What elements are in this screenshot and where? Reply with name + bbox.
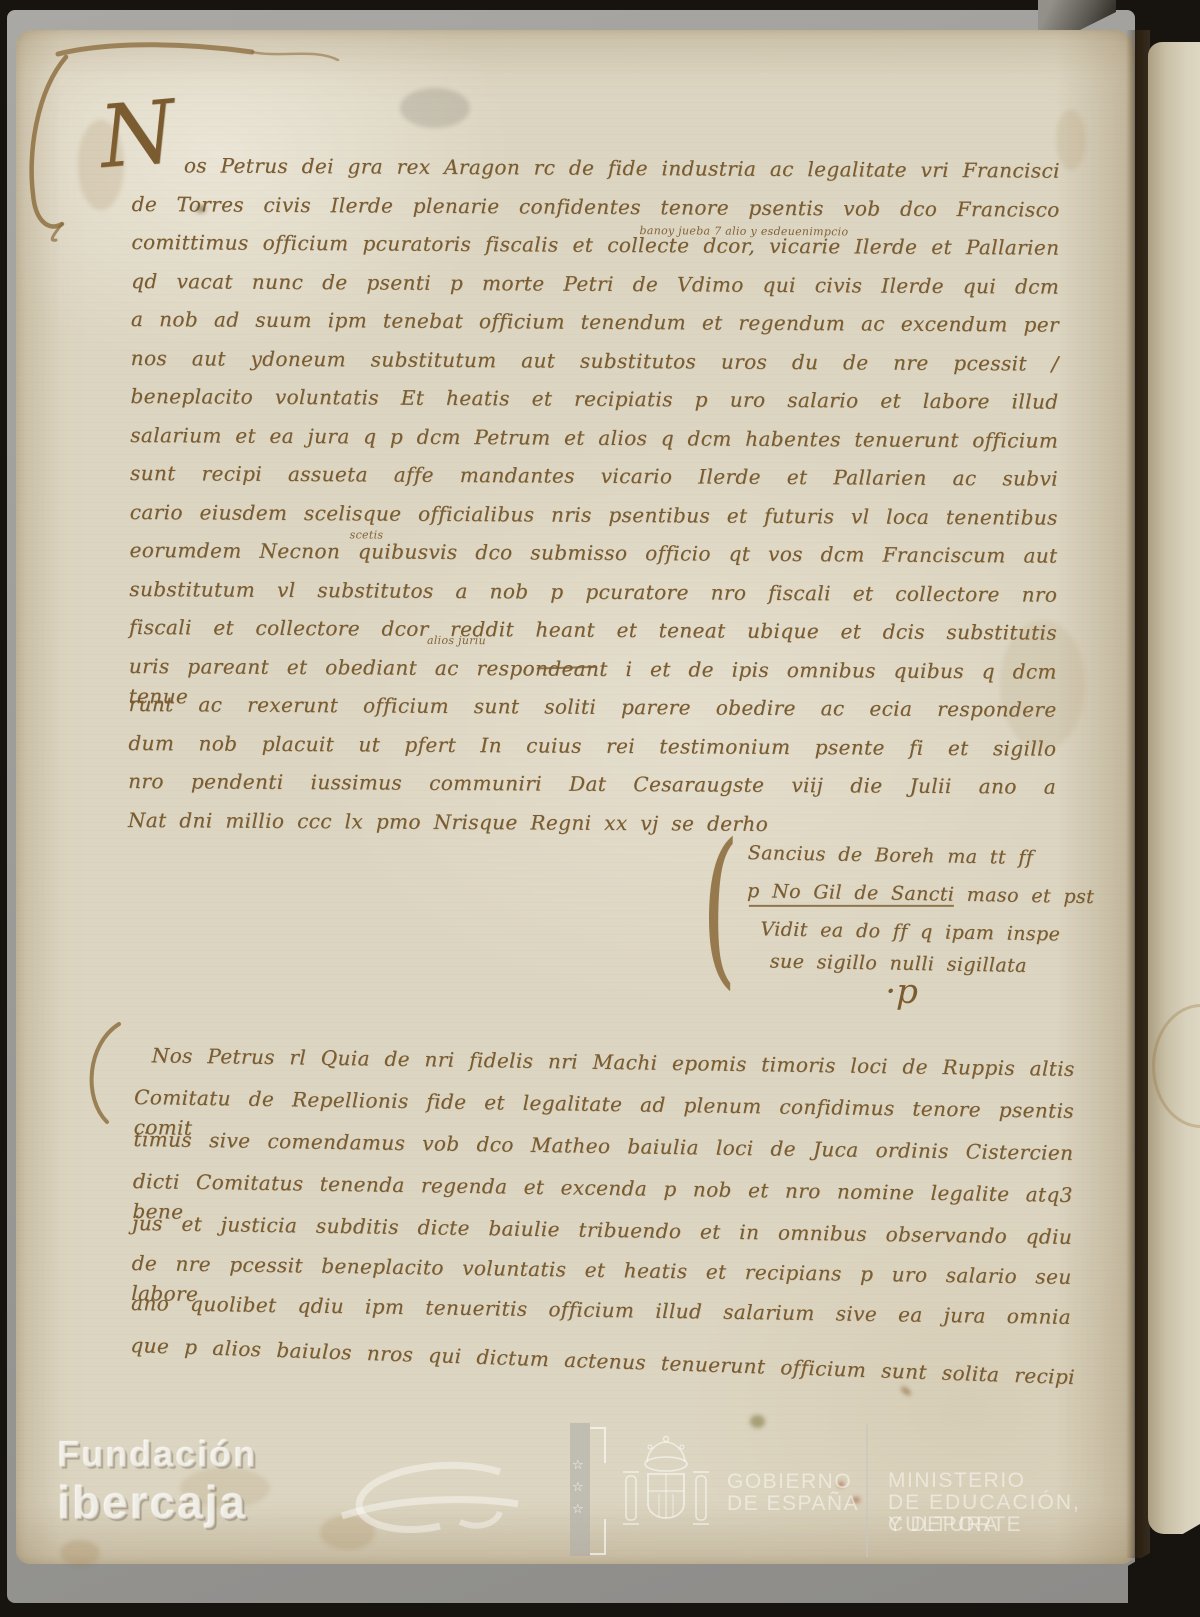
stain — [400, 88, 470, 128]
signature-bracket: ( — [700, 821, 739, 992]
ms-line: a nob ad suum ipm tenebat officium tenen… — [131, 304, 1059, 340]
ms-line: fiscali et collectore dcor reddit heant … — [129, 612, 1057, 648]
ms-line: substitutum vl substitutos a nob p pcura… — [129, 574, 1057, 610]
ms-line: salarium et ea jura q p dcm Petrum et al… — [130, 420, 1058, 456]
ms-line: dum nob placuit ut pfert In cuius rei te… — [128, 728, 1056, 764]
signature-block: ( Sancius de Boreh ma tt ff p No Gil de … — [15, 0, 1200, 8]
signature-line: Vidit ea do ff q ipam inspe — [760, 914, 1060, 949]
stain — [750, 1415, 765, 1428]
gobierno-watermark-line1: GOBIERNO — [727, 1471, 852, 1493]
spain-coat-of-arms-icon — [618, 1434, 714, 1544]
facing-page-edge — [1148, 42, 1200, 1534]
interlinear-addition: scetis — [350, 529, 384, 541]
ibercaja-logo-icon — [340, 1458, 520, 1538]
interlinear-addition: alios juriu — [427, 635, 486, 647]
gov-logo-divider — [866, 1424, 868, 1557]
ms-line: os Petrus dei gra rex Aragon rc de fide … — [184, 150, 1060, 185]
gov-logo-bracket — [590, 1519, 606, 1555]
manuscript-scan: N os Petrus dei gra rex Aragon rc de fid… — [0, 0, 1200, 1617]
ministerio-watermark-line1: MINISTERIO — [888, 1470, 1026, 1492]
ms-line: comittimus officium pcuratoris fiscalis … — [131, 227, 1059, 263]
ms-line: nos aut ydoneum substitutum aut substitu… — [131, 343, 1059, 379]
ministerio-watermark-line3: Y DEPORTE — [888, 1514, 1022, 1536]
underline-mark — [749, 905, 954, 907]
notarial-paraph: ·p — [885, 974, 918, 1009]
ms-line: cario eiusdem scelisque officialibus nri… — [130, 497, 1058, 533]
interlinear-addition: banoy jueba 7 alio y esdeuenimpcio — [639, 225, 848, 238]
ms-line: runt ac rexerunt officium sunt soliti pa… — [129, 689, 1057, 725]
stain — [78, 120, 124, 210]
ms-line: Nat dni millio ccc lx pmo Nrisque Regni … — [128, 805, 768, 839]
ink-showthrough-ring — [1152, 1004, 1200, 1128]
stain — [60, 1540, 100, 1566]
gov-logo-bracket — [590, 1427, 606, 1463]
fundacion-ibercaja-watermark-line1: Fundación — [58, 1434, 258, 1476]
stain — [1000, 620, 1085, 750]
star-icon: ☆ — [572, 1480, 584, 1495]
gobierno-watermark-line2: DE ESPAÑA — [727, 1493, 859, 1515]
ms-line: qd vacat nunc de psenti p morte Petri de… — [131, 266, 1059, 302]
ms-line: sunt recipi assueta affe mandantes vicar… — [130, 458, 1058, 494]
stain — [1056, 110, 1086, 170]
star-icon: ☆ — [572, 1458, 584, 1473]
ms-line: eorumdem Necnon quibusvis dco submisso o… — [129, 535, 1057, 571]
ms-line: de Torres civis Ilerde plenarie confiden… — [132, 189, 1060, 225]
ms-line: nro pendenti iussimus communiri Dat Cesa… — [128, 766, 1056, 802]
signature-line: Sancius de Boreh ma tt ff — [748, 838, 1034, 873]
stain — [196, 205, 206, 213]
ms-line: beneplacito voluntatis Et heatis et reci… — [130, 381, 1058, 417]
star-icon: ☆ — [572, 1502, 584, 1517]
book-gutter — [1126, 30, 1150, 1558]
paragraph-1: os Petrus dei gra rex Aragon rc de fide … — [1, 0, 1200, 7]
fundacion-ibercaja-watermark-line2: ibercaja — [58, 1476, 248, 1530]
